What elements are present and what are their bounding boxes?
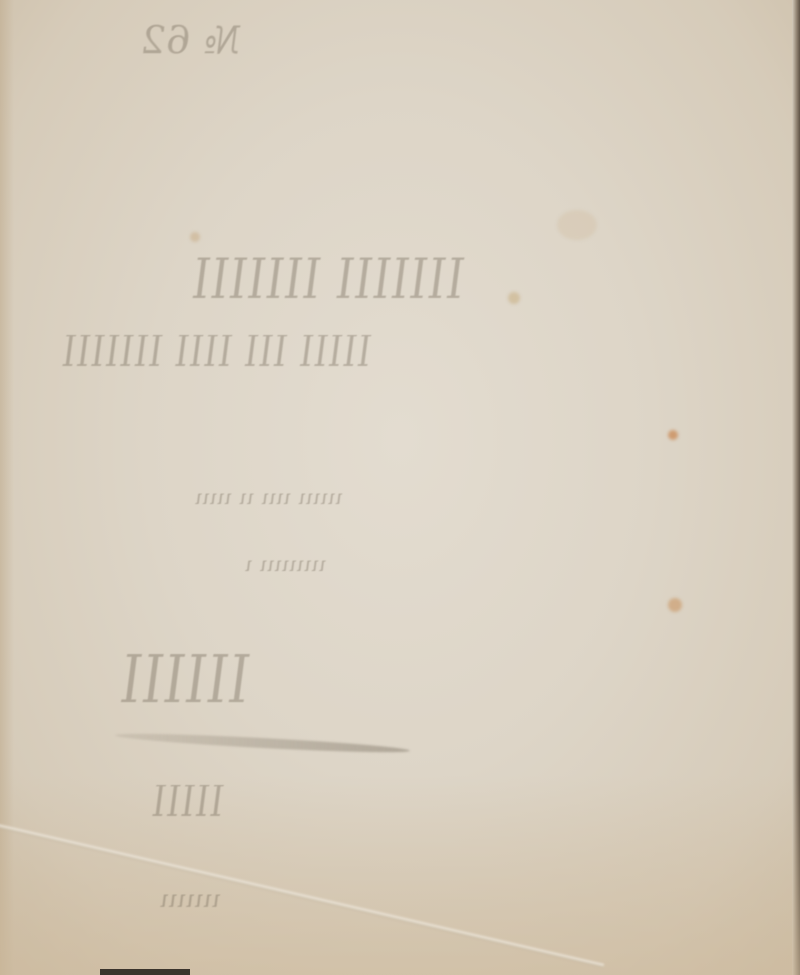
lower-line-2-bleed: ııııııı [155,885,225,913]
foxing-stain [557,210,597,240]
number-mark-bleed: № 62 [133,18,248,62]
paper-page: № 62 ꟾꟾꟾꟾꟾꟾꟾ ꟾꟾꟾꟾꟾꟾꟾ ꟾꟾꟾꟾꟾ ꟾꟾꟾ ꟾꟾꟾꟾ ꟾꟾꟾꟾ… [0,0,800,975]
foxing-stain [190,232,200,242]
small-line-bleed: ııııııııı ı [241,552,330,576]
foxing-stain [668,598,682,612]
lower-line-1-bleed: ꟾꟾꟾꟾꟾ [144,785,229,825]
signature-bleed: ꟾꟾꟾꟾꟾꟾ [108,655,257,715]
subtitle-line-bleed: ıııııı ıııı ıı ııııı [191,485,347,509]
bottom-dark-edge [100,969,190,975]
title-line-2-bleed: ꟾꟾꟾꟾꟾ ꟾꟾꟾ ꟾꟾꟾꟾ ꟾꟾꟾꟾꟾꟾꟾ [54,335,377,375]
foxing-stain [668,430,678,440]
title-line-1-bleed: ꟾꟾꟾꟾꟾꟾꟾ ꟾꟾꟾꟾꟾꟾꟾ [182,258,471,309]
bottom-discoloration [0,775,800,975]
foxing-stain [508,292,520,304]
signature-flourish [115,730,410,755]
